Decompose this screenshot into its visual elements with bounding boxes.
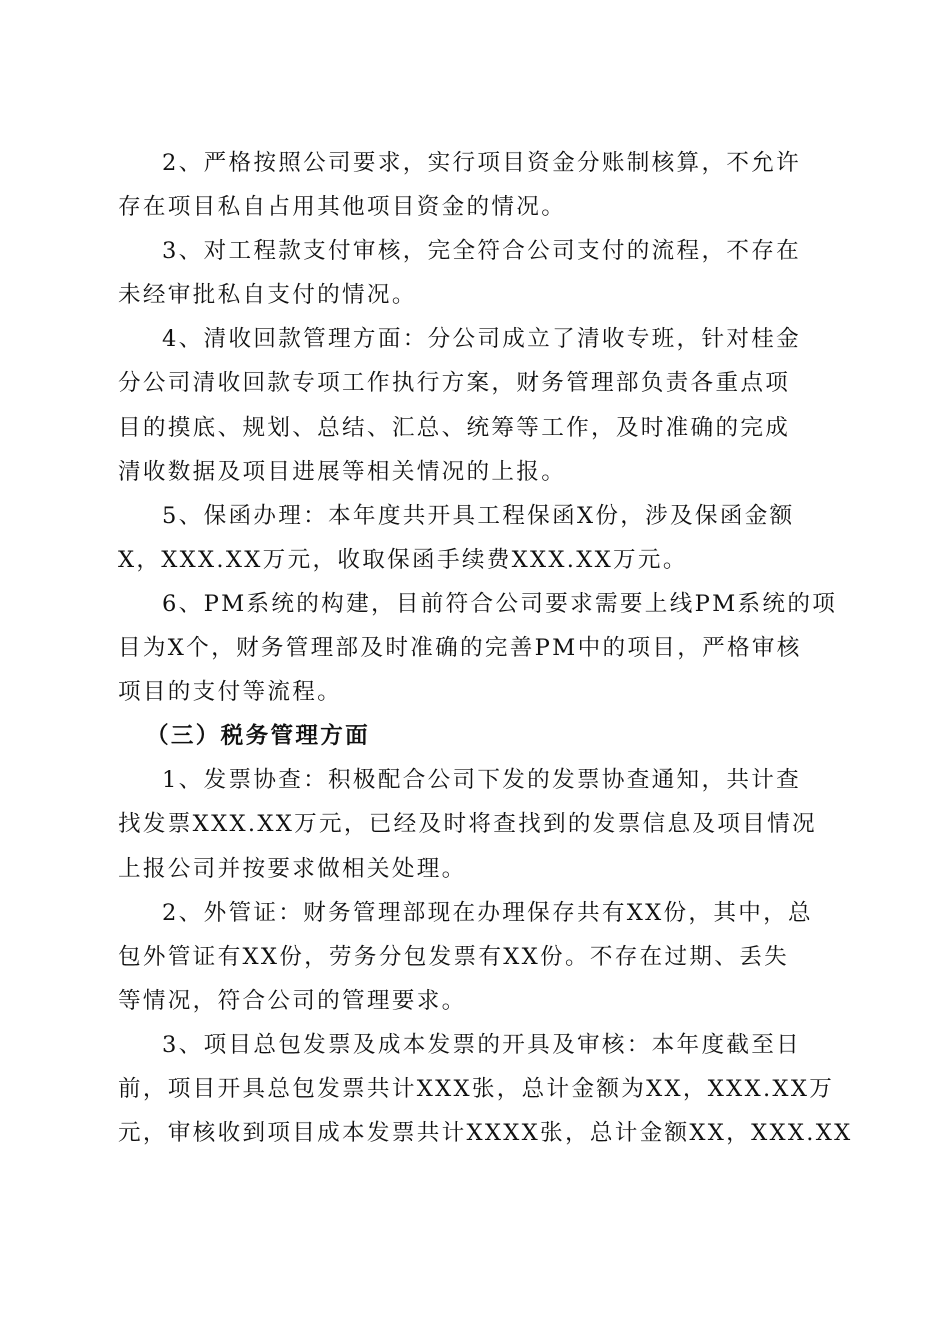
text-line: X，XXX.XX万元，收取保函手续费XXX.XX万元。 <box>118 538 824 582</box>
text-line: 1、发票协查：积极配合公司下发的发票协查通知，共计查 <box>118 758 824 802</box>
text-line: 3、对工程款支付审核，完全符合公司支付的流程，不存在 <box>118 229 824 273</box>
paragraph-invoice-issuance: 3、项目总包发票及成本发票的开具及审核：本年度截至日 前，项目开具总包发票共计X… <box>118 1023 824 1155</box>
paragraph-pm-system: 6、PM系统的构建，目前符合公司要求需要上线PM系统的项 目为X个，财务管理部及… <box>118 582 824 714</box>
text-line: 存在项目私自占用其他项目资金的情况。 <box>118 185 824 229</box>
text-line: 上报公司并按要求做相关处理。 <box>118 847 824 891</box>
paragraph-payment-review: 3、对工程款支付审核，完全符合公司支付的流程，不存在 未经审批私自支付的情况。 <box>118 229 824 317</box>
text-line: 3、项目总包发票及成本发票的开具及审核：本年度截至日 <box>118 1023 824 1067</box>
text-line: 前，项目开具总包发票共计XXX张，总计金额为XX，XXX.XX万 <box>118 1067 824 1111</box>
paragraph-fund-accounting: 2、严格按照公司要求，实行项目资金分账制核算，不允许 存在项目私自占用其他项目资… <box>118 141 824 229</box>
text-line: 等情况，符合公司的管理要求。 <box>118 979 824 1023</box>
paragraph-collection: 4、清收回款管理方面：分公司成立了清收专班，针对桂金 分公司清收回款专项工作执行… <box>118 317 824 493</box>
text-line: 未经审批私自支付的情况。 <box>118 273 824 317</box>
text-line: 项目的支付等流程。 <box>118 670 824 714</box>
text-line: 6、PM系统的构建，目前符合公司要求需要上线PM系统的项 <box>118 582 824 626</box>
text-line: 目的摸底、规划、总结、汇总、统筹等工作，及时准确的完成 <box>118 406 824 450</box>
text-line: 4、清收回款管理方面：分公司成立了清收专班，针对桂金 <box>118 317 824 361</box>
text-line: 清收数据及项目进展等相关情况的上报。 <box>118 450 824 494</box>
text-line: 目为X个，财务管理部及时准确的完善PM中的项目，严格审核 <box>118 626 824 670</box>
text-line: 分公司清收回款专项工作执行方案，财务管理部负责各重点项 <box>118 361 824 405</box>
paragraph-guarantee: 5、保函办理：本年度共开具工程保函X份，涉及保函金额 X，XXX.XX万元，收取… <box>118 494 824 582</box>
text-line: 包外管证有XX份，劳务分包发票有XX份。不存在过期、丢失 <box>118 935 824 979</box>
paragraph-invoice-check: 1、发票协查：积极配合公司下发的发票协查通知，共计查 找发票XXX.XX万元，已… <box>118 758 824 890</box>
text-line: 5、保函办理：本年度共开具工程保函X份，涉及保函金额 <box>118 494 824 538</box>
text-line: 元，审核收到项目成本发票共计XXXX张，总计金额XX，XXX.XX <box>118 1111 824 1155</box>
document-page: 2、严格按照公司要求，实行项目资金分账制核算，不允许 存在项目私自占用其他项目资… <box>118 141 824 1155</box>
text-line: 找发票XXX.XX万元，已经及时将查找到的发票信息及项目情况 <box>118 802 824 846</box>
paragraph-external-cert: 2、外管证：财务管理部现在办理保存共有XX份，其中，总 包外管证有XX份，劳务分… <box>118 891 824 1023</box>
text-line: 2、外管证：财务管理部现在办理保存共有XX份，其中，总 <box>118 891 824 935</box>
section-heading-tax: （三）税务管理方面 <box>118 714 824 758</box>
text-line: 2、严格按照公司要求，实行项目资金分账制核算，不允许 <box>118 141 824 185</box>
